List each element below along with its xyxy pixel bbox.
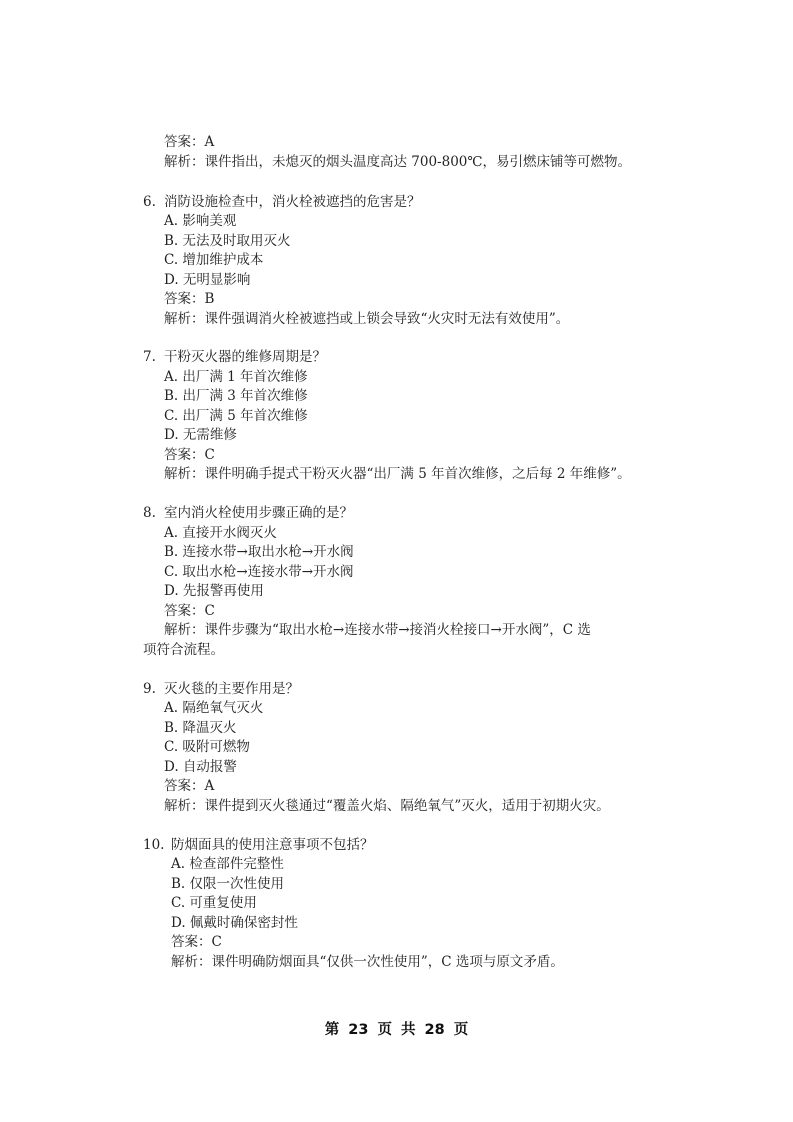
question-text: 灭火毯的主要作用是？ xyxy=(164,680,299,699)
answer: 答案：C xyxy=(164,446,215,465)
document-page: 答案：A 解析：课件指出，未熄灭的烟头温度高达 700-800℃，易引燃床铺等可… xyxy=(0,0,793,1122)
option-a: A. 直接开水阀灭火 xyxy=(164,524,277,543)
option-b: B. 无法及时取用灭火 xyxy=(164,232,291,251)
option-c: C. 增加维护成本 xyxy=(164,251,263,270)
option-a: A. 隔绝氧气灭火 xyxy=(164,699,263,718)
analysis: 解析：课件明确手提式干粉灭火器“出厂满 5 年首次维修，之后每 2 年维修”。 xyxy=(164,465,631,484)
question-number: 6. xyxy=(143,193,156,212)
prev-answer: 答案：A xyxy=(164,133,214,152)
question-text: 室内消火栓使用步骤正确的是？ xyxy=(164,504,353,523)
option-c: C. 取出水枪→连接水带→开水阀 xyxy=(164,563,354,582)
analysis-continued: 项符合流程。 xyxy=(143,641,224,660)
option-b: B. 连接水带→取出水枪→开水阀 xyxy=(164,543,354,562)
page-number-footer: 第 23 页 共 28 页 xyxy=(0,1018,793,1039)
question-number: 10. xyxy=(143,836,164,855)
analysis: 解析：课件步骤为“取出水枪→连接水带→接消火栓接口→开水阀”，C 选 xyxy=(164,621,591,640)
question-number: 8. xyxy=(143,504,156,523)
option-c: C. 吸附可燃物 xyxy=(164,738,250,757)
question-text: 消防设施检查中，消火栓被遮挡的危害是？ xyxy=(164,193,421,212)
option-d: D. 无需维修 xyxy=(164,426,237,445)
question-text: 防烟面具的使用注意事项不包括？ xyxy=(171,836,374,855)
question-number: 7. xyxy=(143,348,156,367)
option-d: D. 自动报警 xyxy=(164,758,237,777)
analysis: 解析：课件强调消火栓被遮挡或上锁会导致“火灾时无法有效使用”。 xyxy=(164,310,569,329)
option-a: A. 影响美观 xyxy=(164,212,236,231)
question-text: 干粉灭火器的维修周期是？ xyxy=(164,348,326,367)
option-d: D. 无明显影响 xyxy=(164,271,250,290)
question-number: 9. xyxy=(143,680,156,699)
option-a: A. 出厂满 1 年首次维修 xyxy=(164,368,308,387)
option-d: D. 先报警再使用 xyxy=(164,582,264,601)
option-a: A. 检查部件完整性 xyxy=(171,855,284,874)
option-b: B. 出厂满 3 年首次维修 xyxy=(164,387,308,406)
answer: 答案：B xyxy=(164,290,214,309)
prev-analysis: 解析：课件指出，未熄灭的烟头温度高达 700-800℃，易引燃床铺等可燃物。 xyxy=(164,153,631,172)
option-b: B. 降温灭火 xyxy=(164,719,237,738)
answer: 答案：A xyxy=(164,777,214,796)
option-c: C. 出厂满 5 年首次维修 xyxy=(164,407,308,426)
analysis: 解析：课件明确防烟面具“仅供一次性使用”，C 选项与原文矛盾。 xyxy=(171,953,564,972)
option-b: B. 仅限一次性使用 xyxy=(171,875,284,894)
option-d: D. 佩戴时确保密封性 xyxy=(171,914,298,933)
option-c: C. 可重复使用 xyxy=(171,894,257,913)
answer: 答案：C xyxy=(171,933,222,952)
answer: 答案：C xyxy=(164,602,215,621)
analysis: 解析：课件提到灭火毯通过“覆盖火焰、隔绝氧气”灭火，适用于初期火灾。 xyxy=(164,797,610,816)
